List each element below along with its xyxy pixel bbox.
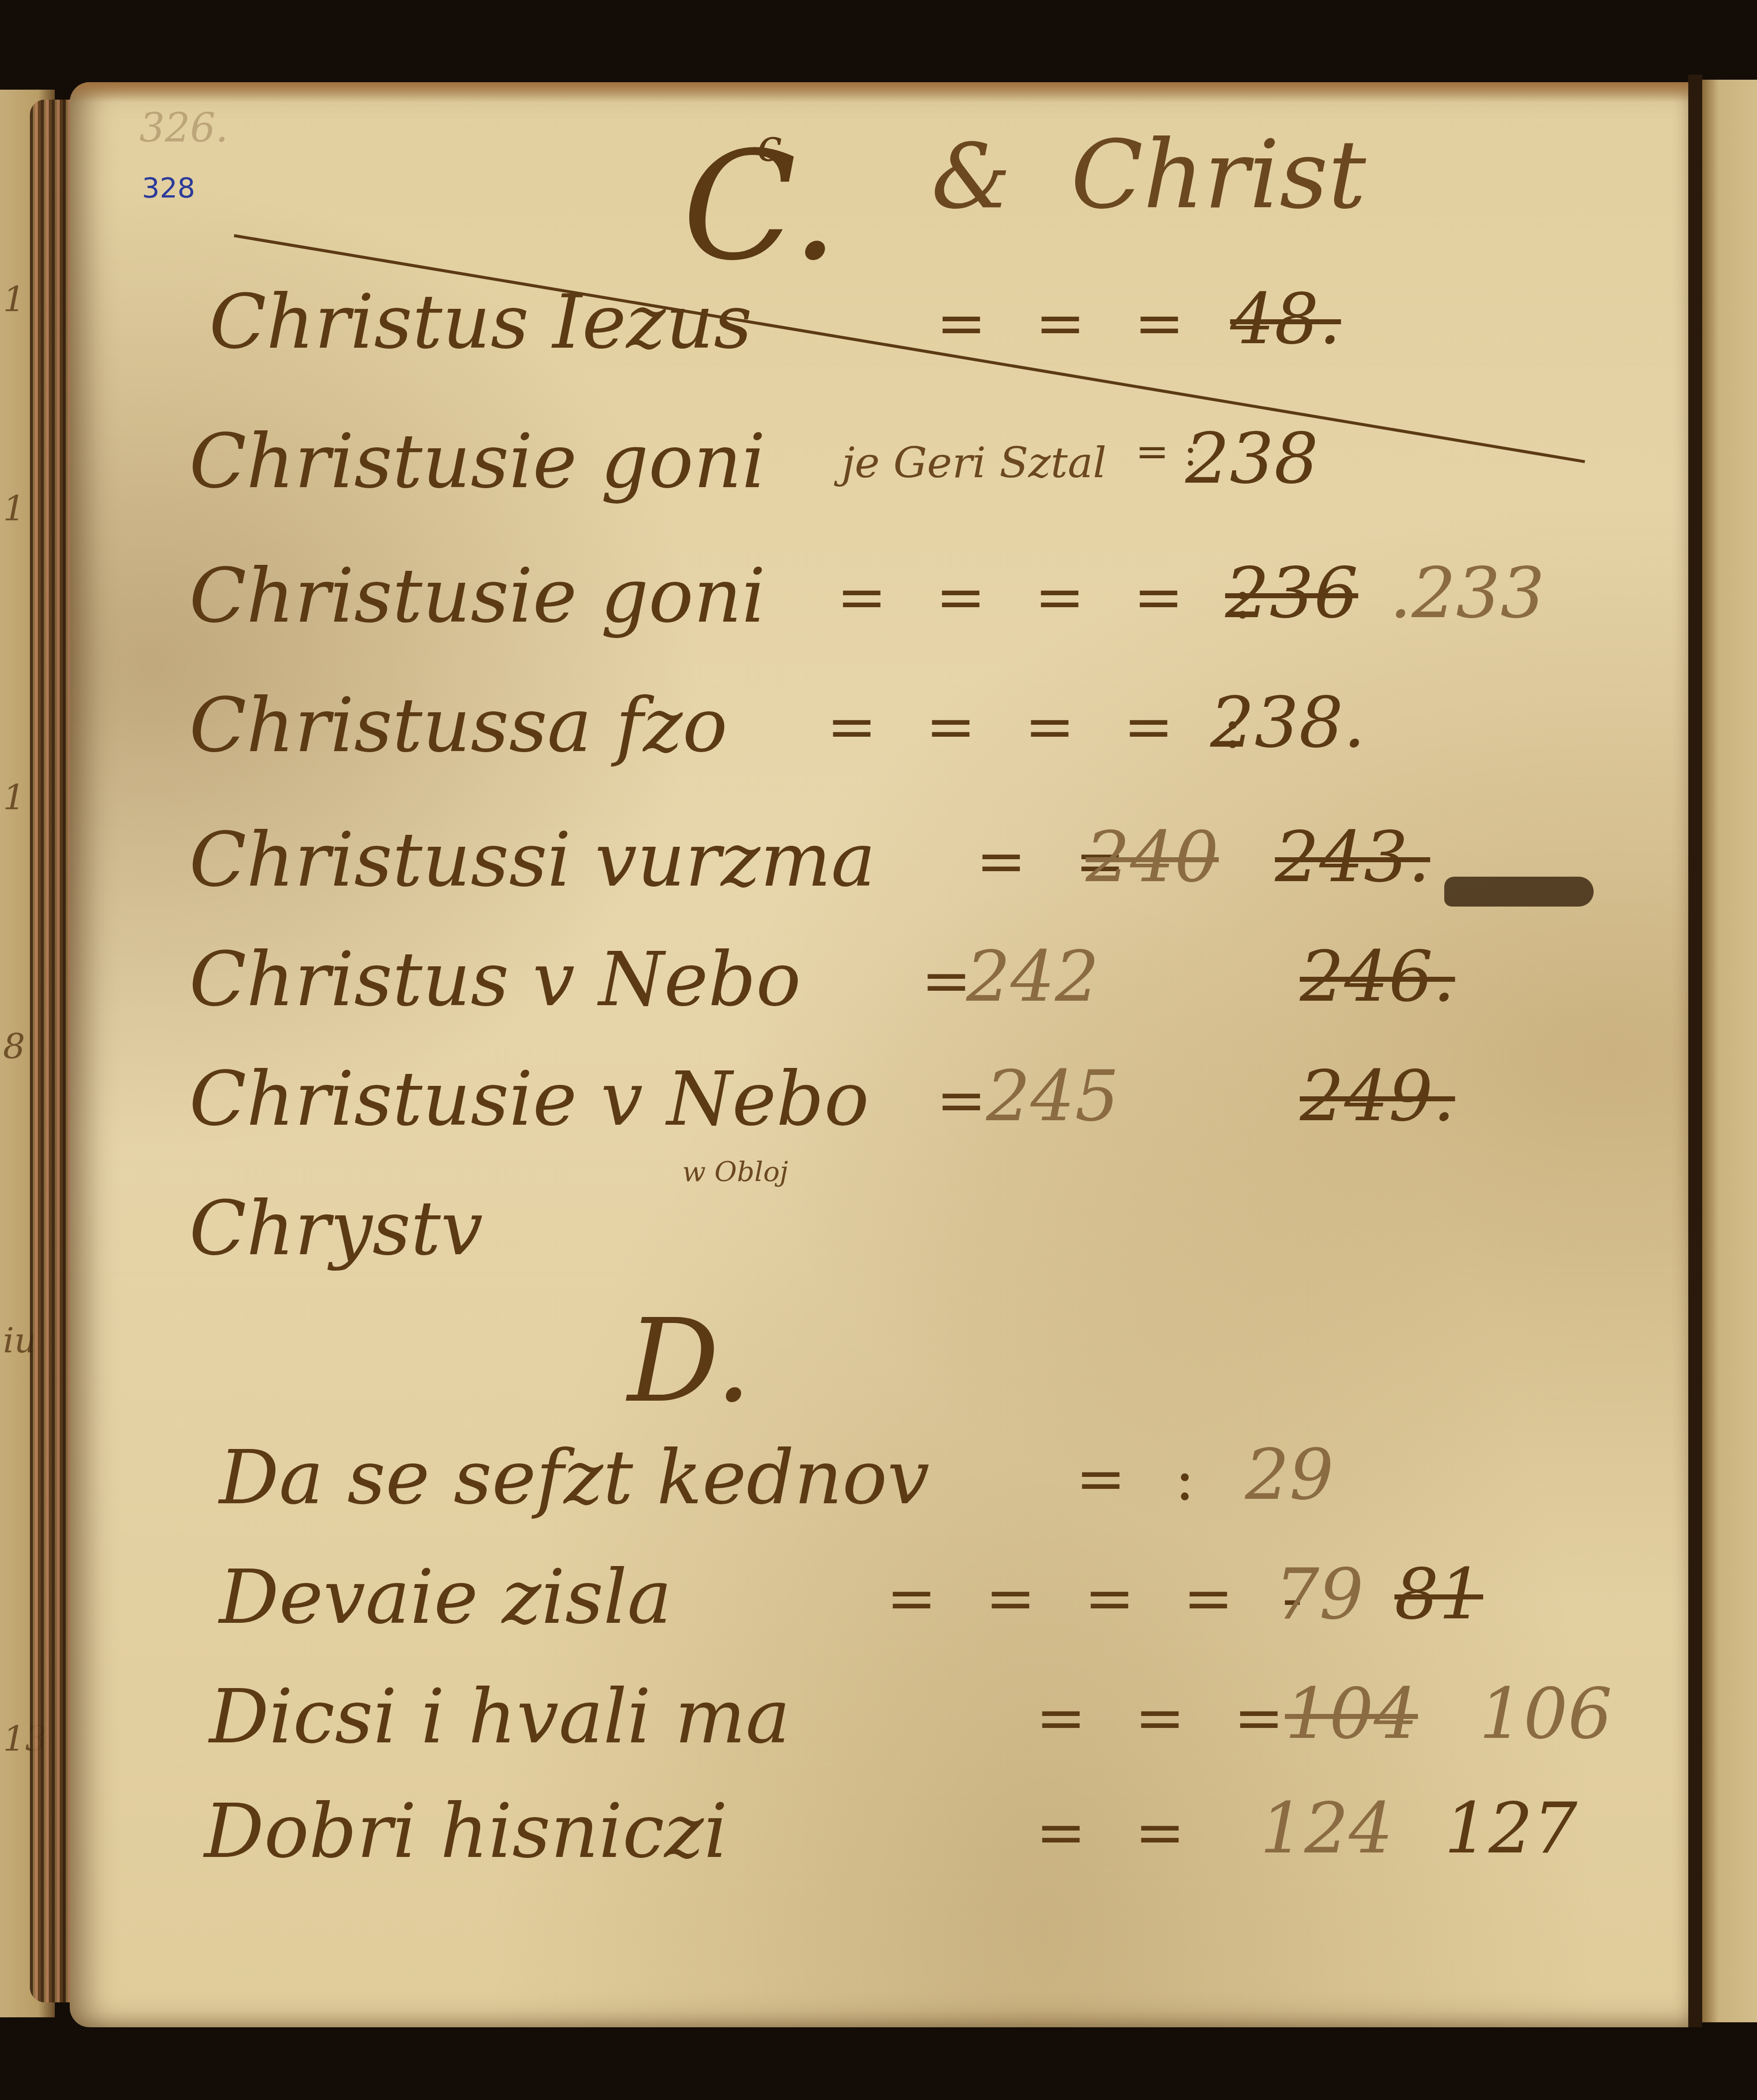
entry-text: Dicsi i hvali ma — [209, 1674, 790, 1760]
page-number-stamp: 328 — [142, 172, 195, 204]
entry-page-number: 242 — [966, 936, 1099, 1018]
index-entry: Christussi vurzma = = 240 243. — [189, 817, 1584, 917]
entry-leaders: = = = — [936, 289, 1199, 358]
entry-page-number: 29 — [1245, 1435, 1334, 1516]
next-page-edge — [1702, 80, 1757, 2022]
page-top-edge — [70, 82, 1693, 102]
entry-annotation: je Geri Sztal — [842, 438, 1107, 488]
index-entry: Christusie v Nebo = 245 249. — [189, 1056, 1584, 1156]
entry-page-number: 79 — [1275, 1554, 1364, 1635]
entry-page-number-struck: 246. — [1300, 936, 1455, 1018]
entry-page-number: 127 — [1444, 1788, 1577, 1869]
margin-fragment: 1 — [3, 488, 25, 529]
index-entry: Christus Iezus = = = 48. — [189, 279, 1434, 379]
entry-text: Christusie goni — [189, 553, 765, 640]
entry-page-number-struck: 240 — [1086, 817, 1219, 898]
index-entry: Da se sefzt kednov = : 29 — [189, 1435, 1434, 1534]
entry-page-number: 238 — [1185, 418, 1318, 500]
manuscript-scan: 1 1 1 8 iu 13 326. 328 C. c & Christ Chr… — [0, 0, 1757, 2100]
entry-page-number: 48. — [1230, 279, 1341, 360]
entry-text: Christus Iezus — [209, 279, 752, 366]
entry-text: Christussi vurzma — [189, 817, 876, 904]
interlinear-note: w Obloj — [682, 1156, 788, 1187]
entry-text: Dobri hisniczi — [204, 1788, 728, 1875]
entry-leaders: = : — [1076, 1444, 1210, 1514]
margin-fragment: 8 — [3, 1026, 25, 1067]
entry-text: Christusie v Nebo — [189, 1056, 869, 1143]
entry-text: Devaie zisla — [219, 1554, 672, 1641]
entry-page-number: 124 — [1260, 1788, 1393, 1869]
entry-page-number-struck: 243. — [1275, 817, 1430, 898]
entry-text: Christus v Nebo — [189, 936, 801, 1023]
margin-fragment: 1 — [3, 279, 25, 320]
entry-page-number-struck: 81 — [1394, 1554, 1483, 1635]
entry-text: Da se sefzt kednov — [219, 1435, 929, 1521]
entry-page-number: 106 — [1479, 1674, 1612, 1755]
margin-fragment: 1 — [3, 777, 25, 818]
entry-leaders: = = = = : — [827, 692, 1257, 762]
entry-leaders: = = = — [1036, 1684, 1299, 1753]
book-gutter — [1688, 75, 1702, 2027]
entry-leaders: = = — [1036, 1798, 1200, 1867]
entry-page-number: .233 — [1389, 553, 1545, 634]
index-entry: Christusie goni je Geri Sztal =: 238 — [189, 418, 1434, 518]
entry-page-number: 245 — [986, 1056, 1119, 1137]
section-heading-c-superscript: c — [757, 120, 782, 172]
heading-ampersand: & — [931, 125, 1011, 229]
heading-word-christ: Christ — [1071, 120, 1366, 230]
section-heading-d: D. — [627, 1295, 752, 1428]
index-entry: Dicsi i hvali ma = = = 104 106 — [189, 1674, 1584, 1773]
old-page-number: 326. — [139, 105, 228, 151]
entry-text: Chrystv — [189, 1185, 483, 1272]
index-entry: Chrystv — [189, 1185, 588, 1285]
entry-page-number: 238. — [1210, 682, 1366, 764]
entry-text: Christusie goni — [189, 418, 765, 505]
index-entry: Dobri hisniczi = = 124 127 — [189, 1788, 1633, 1888]
index-entry: Devaie zisla = = = = - 79 81 — [189, 1554, 1584, 1654]
entry-leaders: = = = = - — [886, 1564, 1317, 1633]
entry-text: Christussa fzo — [189, 682, 728, 769]
entry-page-number-struck: 236 — [1225, 553, 1358, 634]
index-entry: Christus v Nebo = 242 246. — [189, 936, 1584, 1036]
entry-page-number-struck: 104 — [1285, 1674, 1418, 1755]
index-entry: Christusie goni = = = = : 236 .233 — [189, 553, 1584, 653]
entry-page-number-struck: 249. — [1300, 1056, 1455, 1137]
ink-blot — [1444, 877, 1594, 907]
index-entry: Christussa fzo = = = = : 238. — [189, 682, 1434, 782]
entry-leaders: = = = = : — [837, 563, 1267, 632]
